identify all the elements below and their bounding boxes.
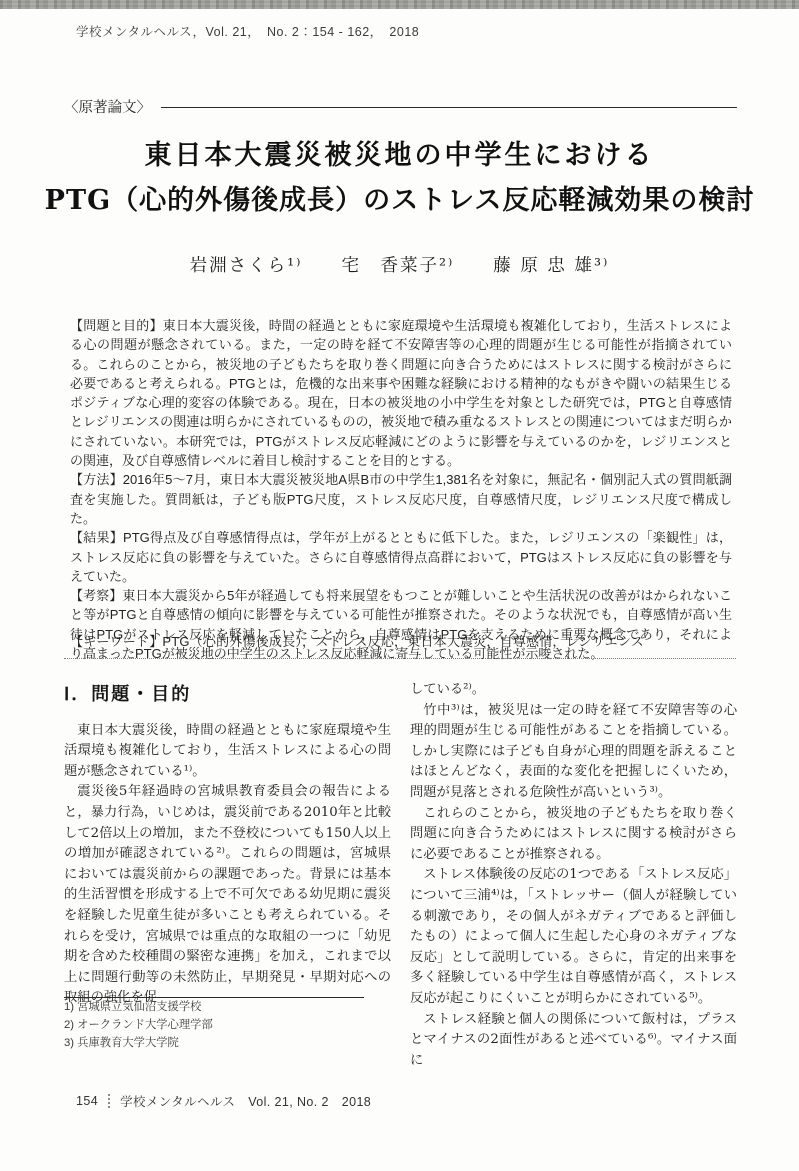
paper-page: 学校メンタルヘルス，Vol. 21， No. 2：154 - 162， 2018…: [0, 0, 799, 1171]
abstract-paragraph-method: 【方法】2016年5～7月，東日本大震災被災地A県B市の中学生1,381名を対象…: [70, 470, 732, 528]
body-paragraph: これらのことから，被災地の子どもたちを取り巻く問題に向き合うためにはストレスに関…: [410, 804, 737, 866]
body-paragraph: 竹中³⁾は，被災児は一定の時を経て不安障害等の心理的問題が生じる可能性があること…: [410, 701, 737, 804]
abstract-paragraph-discussion: 【考察】東日本大震災から5年が経過しても将来展望をもつことが難しいことや生活状況…: [70, 586, 732, 663]
article-type-row: 〈原著論文〉: [64, 96, 737, 117]
footer-separator: [108, 1094, 110, 1108]
article-title: 東日本大震災被災地の中学生における PTG（心的外傷後成長）のストレス反応軽減効…: [40, 142, 759, 214]
keywords-divider: [64, 658, 736, 659]
footnote-item: 2) オークランド大学心理学部: [64, 1016, 391, 1034]
footnote-item: 1) 宮城県立気仙沼支援学校: [64, 998, 391, 1016]
abstract-block: 【問題と目的】東日本大震災後，時間の経過とともに家庭環境や生活環境も複雑化してお…: [70, 316, 732, 663]
section-heading-1: Ⅰ．問題・目的: [64, 684, 391, 705]
footer-journal-info: 学校メンタルヘルス Vol. 21, No. 2 2018: [120, 1092, 371, 1110]
page-number: 154: [76, 1094, 98, 1108]
body-paragraph: 震災後5年経過時の宮城県教育委員会の報告によると，暴力行為，いじめは，震災前であ…: [64, 782, 391, 1009]
title-line-1: 東日本大震災被災地の中学生における: [40, 142, 759, 169]
footnote-item: 3) 兵庫教育大学大学院: [64, 1034, 391, 1052]
body-paragraph: している²⁾。: [410, 680, 737, 701]
article-type-rule: [161, 107, 737, 108]
scan-noise-strip: [0, 0, 799, 9]
keywords-line: 【キーワード】PTG（心的外傷後成長），ストレス反応，東日本大震災，自尊感情，レ…: [70, 631, 732, 650]
author-affiliations: 1) 宮城県立気仙沼支援学校 2) オークランド大学心理学部 3) 兵庫教育大学…: [64, 997, 391, 1052]
author-line: 岩淵さくら¹⁾ 宅 香菜子²⁾ 藤 原 忠 雄³⁾: [0, 252, 799, 277]
body-left-column: Ⅰ．問題・目的 東日本大震災後，時間の経過とともに家庭環境や生活環境も複雑化して…: [64, 680, 391, 1009]
title-line-2: PTG（心的外傷後成長）のストレス反応軽減効果の検討: [40, 187, 759, 214]
page-footer: 154 学校メンタルヘルス Vol. 21, No. 2 2018: [76, 1092, 371, 1110]
body-paragraph: ストレス経験と個人の関係について飯村は，プラスとマイナスの2面性があると述べてい…: [410, 1010, 737, 1072]
abstract-paragraph-purpose: 【問題と目的】東日本大震災後，時間の経過とともに家庭環境や生活環境も複雑化してお…: [70, 316, 732, 470]
journal-header: 学校メンタルヘルス，Vol. 21， No. 2：154 - 162， 2018: [76, 22, 419, 40]
article-type-label: 〈原著論文〉: [64, 96, 151, 117]
body-right-column: している²⁾。 竹中³⁾は，被災児は一定の時を経て不安障害等の心理的問題が生じる…: [410, 680, 737, 1071]
body-paragraph: ストレス体験後の反応の1つである「ストレス反応」について三浦⁴⁾は，「ストレッサ…: [410, 865, 737, 1009]
abstract-paragraph-results: 【結果】PTG得点及び自尊感情得点は，学年が上がるとともに低下した。また，レジリ…: [70, 528, 732, 586]
body-paragraph: 東日本大震災後，時間の経過とともに家庭環境や生活環境も複雑化しており，生活ストレ…: [64, 721, 391, 783]
